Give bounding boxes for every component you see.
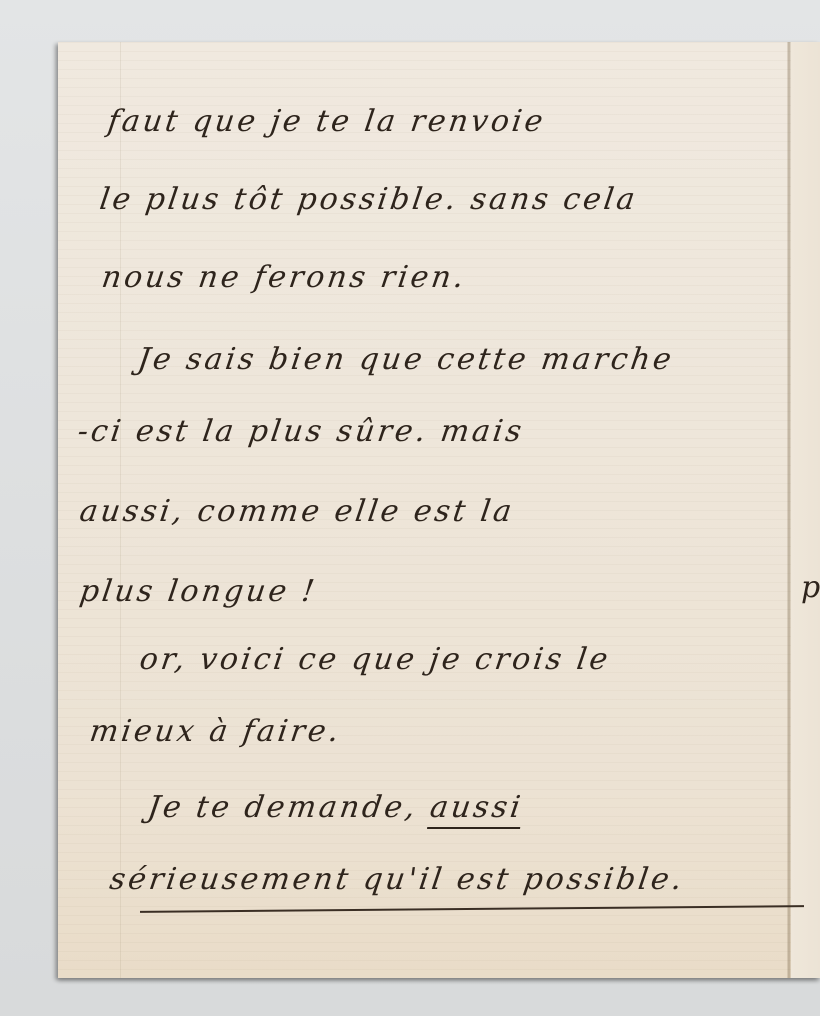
handwritten-line-1: faut que je te la renvoie bbox=[106, 104, 548, 139]
underlined-word: aussi bbox=[427, 790, 525, 829]
handwritten-line-4: Je sais bien que cette marche bbox=[136, 342, 677, 377]
closing-underline bbox=[140, 905, 804, 913]
handwritten-line-10: Je te demande, aussi bbox=[146, 790, 526, 825]
adjacent-page-edge: p bbox=[791, 42, 820, 978]
letter-page: p faut que je te la renvoie le plus tôt … bbox=[58, 42, 820, 978]
handwritten-line-6: aussi, comme elle est la bbox=[78, 494, 517, 529]
handwritten-line-7: plus longue ! bbox=[78, 574, 320, 609]
adjacent-page-glyph: p bbox=[801, 570, 820, 605]
handwritten-line-2: le plus tôt possible. sans cela bbox=[98, 182, 640, 217]
handwritten-line-8: or, voici ce que je crois le bbox=[138, 642, 613, 677]
handwritten-line-11: sérieusement qu'il est possible. bbox=[108, 862, 687, 897]
handwritten-line-9: mieux à faire. bbox=[88, 714, 344, 749]
line-10-text: Je te demande, aussi bbox=[146, 790, 526, 829]
handwritten-line-3: nous ne ferons rien. bbox=[100, 260, 469, 295]
handwritten-line-5: -ci est la plus sûre. mais bbox=[76, 414, 527, 449]
